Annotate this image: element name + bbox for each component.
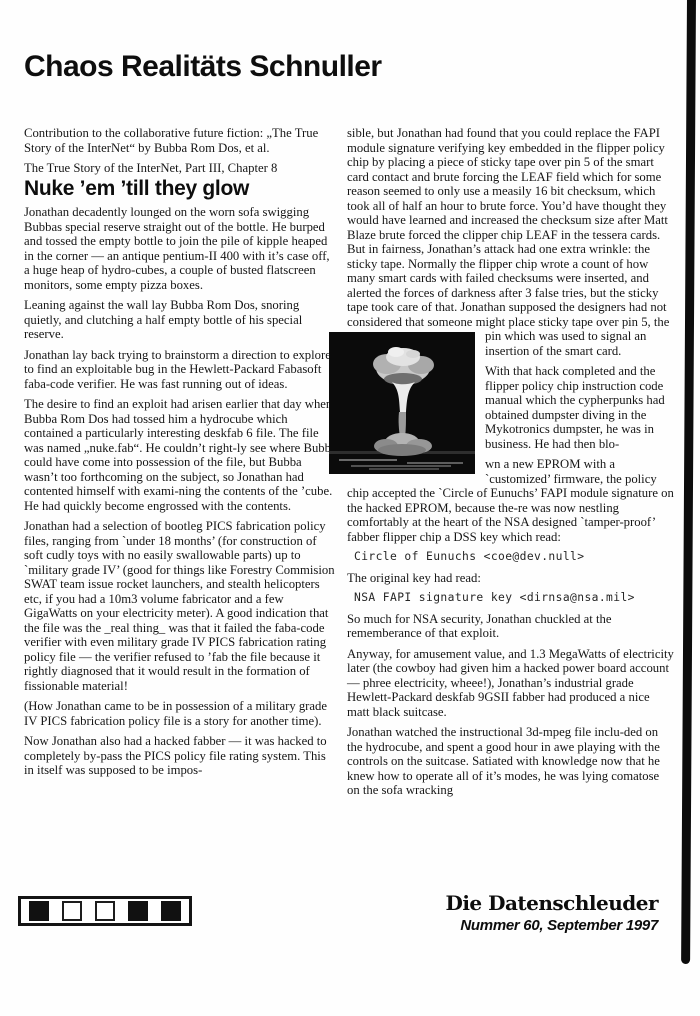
page-marker-square-filled	[128, 901, 148, 921]
body-paragraph: Jonathan watched the instructional 3d-mp…	[347, 725, 674, 798]
body-paragraph: So much for NSA security, Jonathan chuck…	[347, 612, 674, 641]
page-marker-square-empty	[95, 901, 115, 921]
page-marker-square-empty	[62, 901, 82, 921]
key-code-line: NSA FAPI signature key <dirnsa@nsa.mil>	[354, 591, 674, 606]
body-paragraph: Jonathan lay back trying to brainstorm a…	[24, 348, 337, 392]
page-marker-square-filled	[29, 901, 49, 921]
footer: Die Datenschleuder Nummer 60, September …	[445, 891, 658, 934]
magazine-page: Chaos Realitäts Schnuller Contribution t…	[0, 0, 700, 1016]
body-paragraph: Jonathan had a selection of bootleg PICS…	[24, 519, 337, 693]
mushroom-cloud-image	[329, 332, 475, 474]
page-marker-squares	[18, 896, 192, 926]
body-paragraph: Jonathan decadently lounged on the worn …	[24, 205, 337, 292]
issue-line: Nummer 60, September 1997	[445, 917, 658, 934]
key-code-line: Circle of Eunuchs <coe@dev.null>	[354, 550, 674, 565]
page-marker-square-filled	[161, 901, 181, 921]
body-paragraph: Anyway, for amusement value, and 1.3 Meg…	[347, 647, 674, 720]
body-paragraph: The desire to find an exploit had arisen…	[24, 397, 337, 513]
magazine-name: Die Datenschleuder	[445, 891, 658, 915]
paragraph-text: sible, but Jonathan had found that you c…	[347, 126, 668, 329]
section-heading: Nuke ’em ’till they glow	[24, 182, 337, 197]
body-paragraph: Leaning against the wall lay Bubba Rom D…	[24, 298, 337, 342]
intro-paragraph: Contribution to the collaborative future…	[24, 126, 337, 155]
left-column: Contribution to the collaborative future…	[24, 126, 337, 784]
right-column: sible, but Jonathan had found that you c…	[347, 126, 674, 804]
scan-edge-bar	[681, 0, 696, 964]
body-paragraph: sible, but Jonathan had found that you c…	[347, 126, 674, 358]
body-paragraph: The original key had read:	[347, 571, 674, 586]
mushroom-cloud-photo	[329, 332, 475, 474]
chapter-line: The True Story of the InterNet, Part III…	[24, 161, 337, 176]
body-paragraph: (How Jonathan came to be in possession o…	[24, 699, 337, 728]
body-paragraph: Now Jonathan also had a hacked fabber — …	[24, 734, 337, 778]
page-title: Chaos Realitäts Schnuller	[24, 50, 382, 84]
